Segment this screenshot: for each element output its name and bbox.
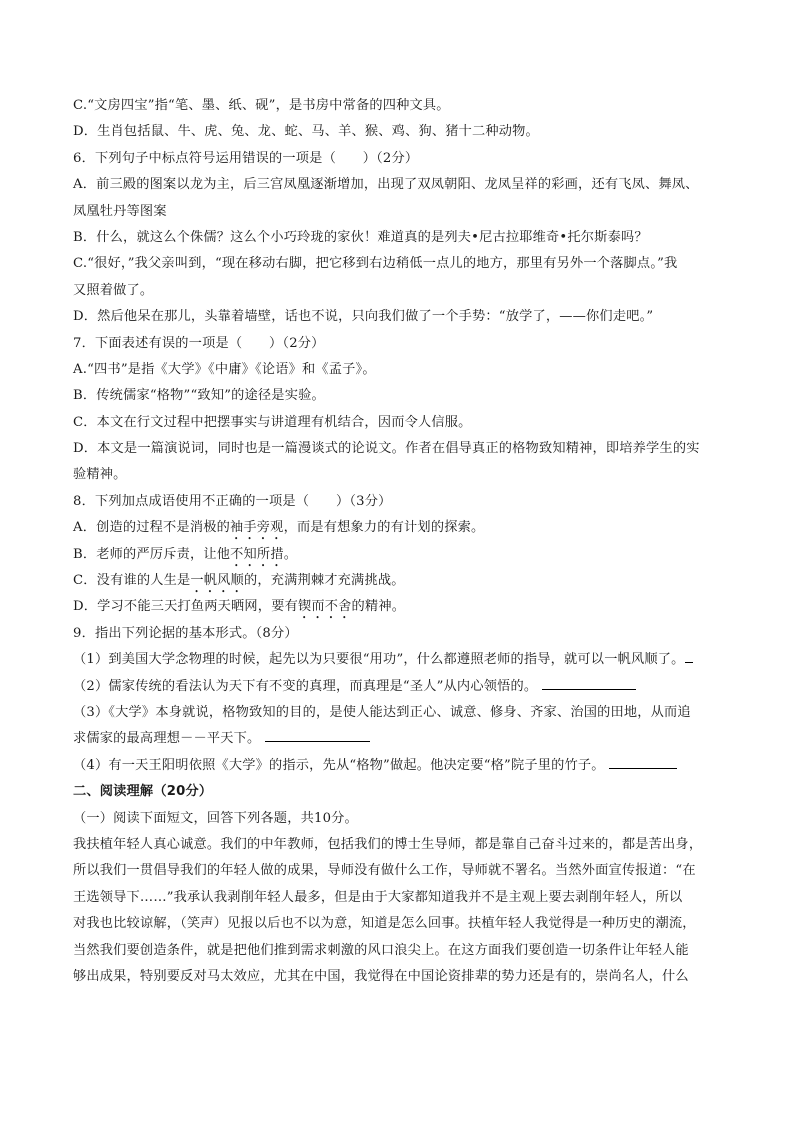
passage-line: 当然我们要创造条件，就是把他们推到需求刺激的风口浪尖上。在这方面我们要创造一切条… — [73, 938, 723, 964]
passage-line: 我扶植年轻人真心诚意。我们的中年教师，包括我们的博士生导师，都是靠自己奋斗过来的… — [73, 832, 723, 858]
q6-option-c-line1: C.“很好，”我父亲叫到，“现在移动右脚，把它移到右边稍低一点儿的地方，那里有另… — [73, 251, 723, 277]
q8-c-text-after: 的，充满荆棘才充满挑战。 — [244, 573, 405, 588]
q8-d-text-before: D．学习不能三天打鱼两天晒网，要有 — [73, 599, 298, 614]
section-2-heading: 二、阅读理解（20分） — [73, 779, 723, 805]
q8-a-text-after: ，而是有想象力的有计划的探索。 — [284, 520, 485, 535]
passage-line: 王选领导下……”我承认我剥削年轻人最多，但是由于大家都知道我并不是主观上要去剥削… — [73, 885, 723, 911]
q6-stem: 6．下列句子中标点符号运用错误的一项是（ ）（2分） — [73, 146, 723, 172]
q7-option-c: C．本文在行文过程中把摆事实与讲道理有机结合，因而令人信服。 — [73, 410, 723, 436]
q6-option-a-line1: A．前三殿的图案以龙为主，后三宫凤凰逐渐增加，出现了双凤朝阳、龙凤呈祥的彩画，还… — [73, 172, 723, 198]
q9-item-2-text: （2）儒家传统的看法认为天下有不变的真理，而真理是“圣人”从内心领悟的。 — [73, 679, 537, 694]
q9-item-3-line2: 求儒家的最高理想－－平天下。 — [73, 726, 723, 752]
answer-blank-4[interactable] — [609, 754, 677, 769]
q9-item-2: （2）儒家传统的看法认为天下有不变的真理，而真理是“圣人”从内心领悟的。 — [73, 674, 723, 700]
passage-line: 所以我们一贯倡导我们的年轻人做的成果，导师没有做什么工作，导师就不署名。当然外面… — [73, 858, 723, 884]
q8-option-d: D．学习不能三天打鱼两天晒网，要有锲而不舍的精神。 — [73, 594, 723, 620]
q8-b-text-before: B．老师的严厉斥责，让他 — [73, 547, 230, 562]
q8-a-dotted-idiom: 袖手旁观 — [230, 520, 284, 535]
q8-d-text-after: 的精神。 — [352, 599, 406, 614]
q8-a-text-before: A．创造的过程不是消极的 — [73, 520, 230, 535]
passage-line: 够出成果，特别要反对马太效应，尤其在中国，我觉得在中国论资排辈的势力还是有的，崇… — [73, 964, 723, 990]
section-2-subheading: （一）阅读下面短文，回答下列各题，共10分。 — [73, 806, 723, 832]
q6-option-d: D．然后他呆在那儿，头靠着墙壁，话也不说，只向我们做了一个手势：“放学了，——你… — [73, 304, 723, 330]
q8-option-c: C．没有谁的人生是一帆风顺的，充满荆棘才充满挑战。 — [73, 568, 723, 594]
q9-item-4-text: （4）有一天王阳明依照《大学》的指示，先从“格物”做起。他决定要“格”院子里的竹… — [73, 758, 605, 773]
q6-option-a-line2: 凤凰牡丹等图案 — [73, 199, 723, 225]
q7-option-d-line1: D．本文是一篇演说词，同时也是一篇漫谈式的论说文。作者在倡导真正的格物致知精神，… — [73, 436, 723, 462]
q6-option-b: B．什么，就这么个侏儒？这么个小巧玲珑的家伙！难道真的是列夫•尼古拉耶维奇•托尔… — [73, 225, 723, 251]
q8-stem: 8．下列加点成语使用不正确的一项是（ ）（3分） — [73, 489, 723, 515]
q8-option-a: A．创造的过程不是消极的袖手旁观，而是有想象力的有计划的探索。 — [73, 515, 723, 541]
exam-page: C.“文房四宝”指“笔、墨、纸、砚”，是书房中常备的四种文具。 D．生肖包括鼠、… — [73, 93, 723, 990]
q9-stem: 9．指出下列论据的基本形式。（8分） — [73, 621, 723, 647]
q9-item-4: （4）有一天王阳明依照《大学》的指示，先从“格物”做起。他决定要“格”院子里的竹… — [73, 753, 723, 779]
q9-item-3-text: 求儒家的最高理想－－平天下。 — [73, 731, 260, 746]
q8-c-dotted-idiom: 一帆风顺 — [190, 573, 244, 588]
q8-option-b: B．老师的严厉斥责，让他不知所措。 — [73, 542, 723, 568]
q7-stem: 7．下面表述有误的一项是（ ）（2分） — [73, 331, 723, 357]
answer-blank-2[interactable] — [542, 675, 636, 690]
q8-b-dotted-idiom: 不知所措 — [230, 547, 284, 562]
q8-c-text-before: C．没有谁的人生是 — [73, 573, 190, 588]
q9-item-1: （1）到美国大学念物理的时候，起先以为只要很“用功”，什么都遵照老师的指导，就可… — [73, 647, 723, 673]
q7-option-b: B．传统儒家“格物”“致知”的途径是实验。 — [73, 383, 723, 409]
q6-option-c-line2: 又照着做了。 — [73, 278, 723, 304]
q9-item-3-line1: （3）《大学》本身就说，格物致知的目的，是使人能达到正心、诚意、修身、齐家、治国… — [73, 700, 723, 726]
passage-line: 对我也比较谅解，（笑声）见报以后也不以为意，知道是怎么回事。扶植年轻人我觉得是一… — [73, 911, 723, 937]
q5-option-c: C.“文房四宝”指“笔、墨、纸、砚”，是书房中常备的四种文具。 — [73, 93, 723, 119]
q8-b-text-after: 。 — [284, 547, 297, 562]
q7-option-a: A.“四书”是指《大学》《中庸》《论语》和《孟子》。 — [73, 357, 723, 383]
q5-option-d: D．生肖包括鼠、牛、虎、兔、龙、蛇、马、羊、猴、鸡、狗、猪十二种动物。 — [73, 119, 723, 145]
q9-item-1-text: （1）到美国大学念物理的时候，起先以为只要很“用功”，什么都遵照老师的指导，就可… — [73, 652, 685, 667]
answer-blank-1[interactable] — [685, 648, 693, 663]
q7-option-d-line2: 验精神。 — [73, 462, 723, 488]
q8-d-dotted-idiom: 锲而不舍 — [298, 599, 352, 614]
answer-blank-3[interactable] — [265, 727, 370, 742]
